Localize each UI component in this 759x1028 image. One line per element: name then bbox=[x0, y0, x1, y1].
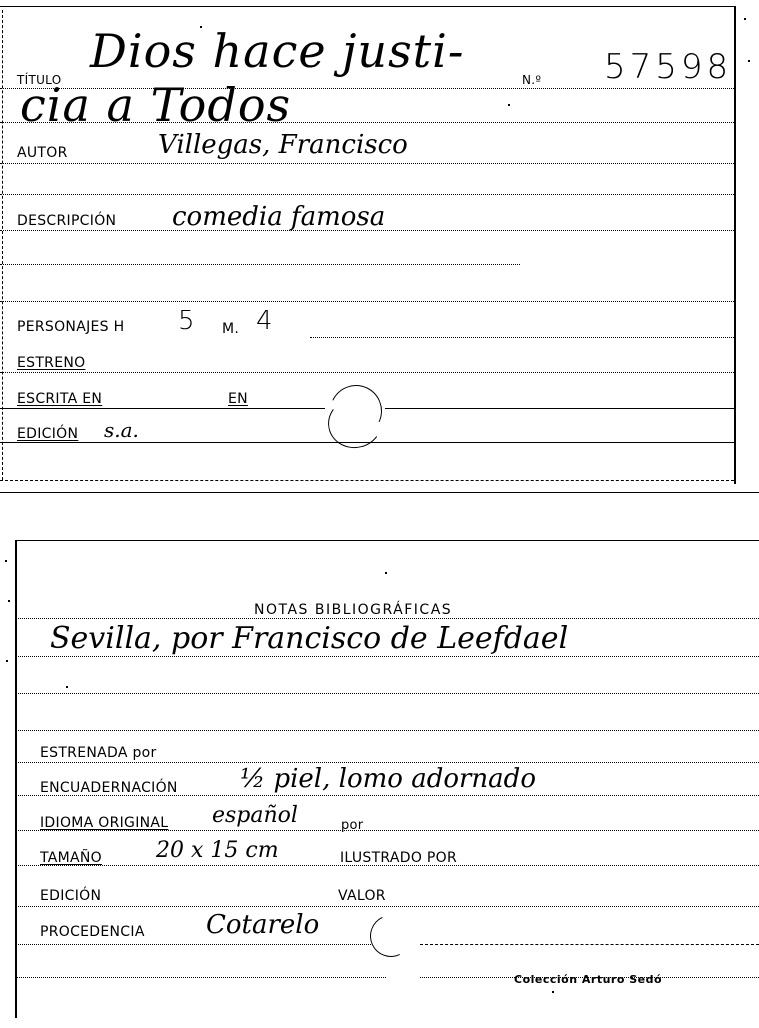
escrita-en-label: ESCRITA EN bbox=[17, 392, 102, 406]
personajes-m-value: 4 bbox=[256, 308, 273, 334]
ink-speck bbox=[744, 18, 746, 20]
ruled-line bbox=[16, 693, 759, 694]
titulo-value-line1: Dios hace justi- bbox=[90, 28, 464, 74]
ruled-line bbox=[16, 977, 386, 978]
estrenada-por-label: ESTRENADA por bbox=[40, 746, 157, 760]
card-top-border bbox=[0, 6, 735, 7]
card-right-border bbox=[734, 6, 736, 484]
autor-value: Villegas, Francisco bbox=[158, 132, 408, 158]
ink-speck bbox=[748, 60, 750, 62]
ruled-line bbox=[16, 762, 759, 763]
ink-speck bbox=[200, 26, 202, 28]
autor-label: AUTOR bbox=[17, 146, 68, 160]
procedencia-label: PROCEDENCIA bbox=[40, 925, 145, 939]
encuadernacion-value: ½ piel, lomo adornado bbox=[240, 766, 536, 792]
ink-speck bbox=[66, 686, 68, 688]
estreno-label: ESTRENO bbox=[17, 356, 85, 370]
ruled-line bbox=[16, 944, 371, 945]
ruled-line bbox=[0, 480, 734, 481]
catalog-card-back: NOTAS BIBLIOGRÁFICAS Sevilla, por Franci… bbox=[0, 530, 759, 1028]
encuadernacion-label: ENCUADERNACIÓN bbox=[40, 781, 178, 795]
ruled-line bbox=[310, 337, 734, 338]
edicion-label-back: EDICIÓN bbox=[40, 889, 101, 903]
ruled-line bbox=[0, 408, 325, 409]
personajes-label: PERSONAJES H bbox=[17, 320, 124, 334]
ink-speck bbox=[552, 991, 554, 993]
idioma-original-label: IDIOMA ORIGINAL bbox=[40, 816, 168, 830]
ink-speck bbox=[5, 560, 7, 562]
card-top-border bbox=[16, 540, 759, 541]
idioma-por-label: por bbox=[341, 819, 363, 832]
descripcion-value: comedia famosa bbox=[172, 204, 385, 230]
valor-label: VALOR bbox=[338, 889, 386, 903]
ruled-line bbox=[0, 372, 734, 373]
tamano-value: 20 x 15 cm bbox=[156, 840, 279, 862]
titulo-value-line2: cia a Todos bbox=[20, 82, 291, 128]
punch-hole-mark bbox=[364, 909, 418, 963]
ruled-line bbox=[0, 301, 734, 302]
catalog-card-front: TÍTULO Dios hace justi- cia a Todos N.º … bbox=[0, 0, 759, 495]
numero-value: 57598 bbox=[604, 50, 732, 84]
idioma-original-value: español bbox=[212, 805, 298, 827]
edicion-value: s.a. bbox=[104, 420, 139, 440]
card-left-border bbox=[15, 540, 17, 1018]
collection-footer: Colección Arturo Sedó bbox=[514, 973, 662, 986]
personajes-m-label: M. bbox=[222, 322, 239, 336]
ruled-line bbox=[0, 194, 734, 195]
ruled-line bbox=[0, 264, 520, 265]
ruled-line bbox=[385, 408, 734, 409]
notas-heading: NOTAS BIBLIOGRÁFICAS bbox=[254, 603, 452, 617]
ruled-line bbox=[16, 730, 759, 731]
tamano-label: TAMAÑO bbox=[40, 851, 102, 865]
personajes-h-value: 5 bbox=[178, 308, 195, 334]
ilustrado-por-label: ILUSTRADO POR bbox=[340, 851, 457, 865]
ruled-line bbox=[0, 163, 734, 164]
card-left-edge bbox=[2, 10, 3, 480]
procedencia-value: Cotarelo bbox=[206, 912, 319, 938]
ruled-line bbox=[420, 944, 759, 945]
notas-value: Sevilla, por Francisco de Leefdael bbox=[50, 624, 568, 654]
escrita-en-en-label: EN bbox=[228, 392, 248, 406]
ruled-line bbox=[16, 906, 759, 907]
ink-speck bbox=[8, 600, 10, 602]
ink-speck bbox=[385, 572, 387, 574]
ink-speck bbox=[508, 104, 510, 106]
card-separator bbox=[0, 492, 759, 493]
ruled-line bbox=[16, 656, 759, 657]
ink-speck bbox=[6, 660, 8, 662]
numero-label: N.º bbox=[522, 74, 541, 86]
descripcion-label: DESCRIPCIÓN bbox=[17, 214, 116, 228]
ruled-line bbox=[16, 618, 759, 619]
edicion-label: EDICIÓN bbox=[17, 427, 78, 441]
